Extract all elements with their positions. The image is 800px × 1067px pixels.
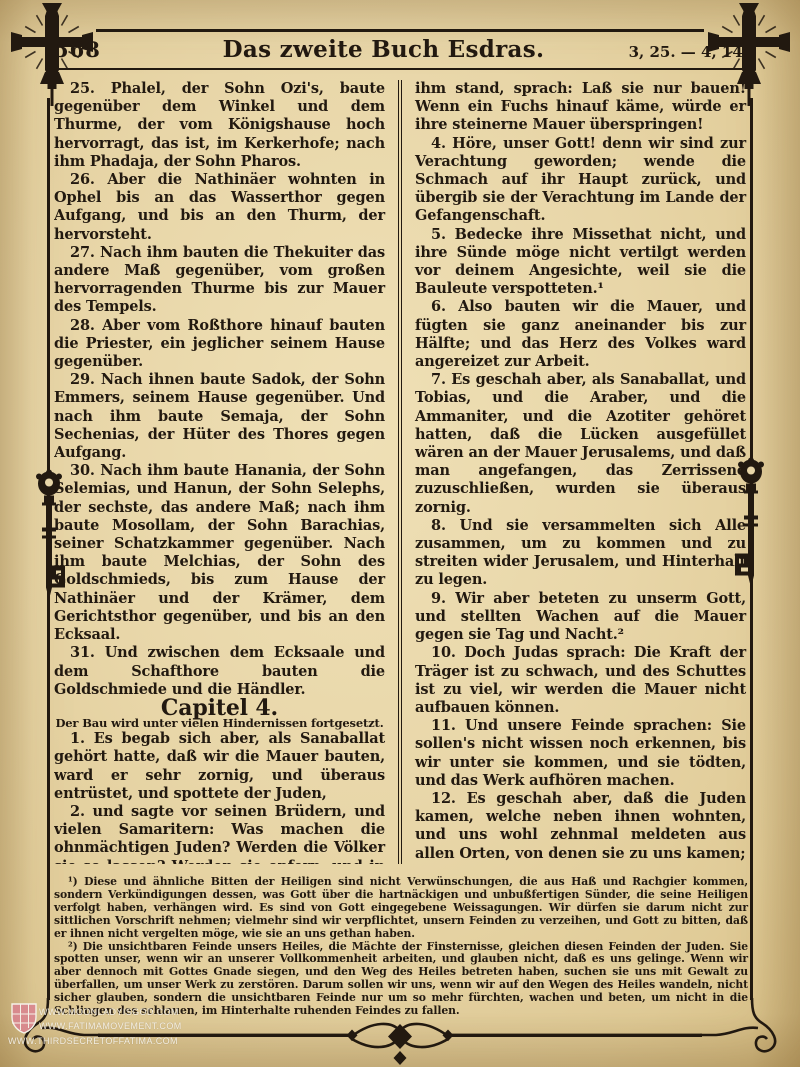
chapter-summary: Der Bau wird unter vielen Hindernissen f…	[54, 717, 385, 730]
verse-29: 29. Nach ihnen baute Sadok, der Sohn Emm…	[54, 371, 385, 462]
verse-4-13: 13. da stellte ich an einem Orte hinter …	[415, 863, 746, 864]
verse-4-8: 8. Und sie versammelten sich Alle zusamm…	[415, 517, 746, 590]
book-title: Das zweite Buch Esdras.	[149, 36, 618, 63]
verse-27: 27. Nach ihm bauten die Thekuiter das an…	[54, 244, 385, 317]
verse-4-6: 6. Also bauten wir die Mauer, und fügten…	[415, 298, 746, 371]
page-number: 568	[54, 37, 149, 62]
verse-4-9: 9. Wir aber beteten zu unserm Gott, und …	[415, 590, 746, 645]
verse-4-10: 10. Doch Judas sprach: Die Kraft der Trä…	[415, 644, 746, 717]
verse-range-label: 3, 25. — 4, 14.	[618, 43, 748, 61]
verse-4-2: 2. und sagte vor seinen Brüdern, und vie…	[54, 803, 385, 864]
verse-25: 25. Phalel, der Sohn Ozi's, baute gegenü…	[54, 80, 385, 171]
frame-top-rule	[96, 29, 704, 32]
watermark-line: WWW.FATIMAMOVEMENT.COM	[39, 1021, 182, 1031]
right-column: ihm stand, sprach: Laß sie nur bauen! We…	[415, 80, 746, 864]
footnote-1: ¹) Diese und ähnliche Bitten der Heilige…	[54, 876, 748, 941]
verse-4-7: 7. Es geschah aber, als Sanaballat, und …	[415, 371, 746, 517]
verse-28: 28. Aber vom Roßthore hinauf bauten die …	[54, 317, 385, 372]
header-rule	[54, 68, 748, 70]
watermark-block: WWW.MOONLADYISGOD.COM WWW.FATIMAMOVEMENT…	[8, 1002, 288, 1064]
verse-31: 31. Und zwischen dem Ecksaale und dem Sc…	[54, 644, 385, 699]
verse-4-11: 11. Und unsere Feinde sprachen: Sie soll…	[415, 717, 746, 790]
verse-26: 26. Aber die Nathinäer wohnten in Ophel …	[54, 171, 385, 244]
chapter-heading: Capitel 4.	[54, 699, 385, 717]
page-content: 568 Das zweite Buch Esdras. 3, 25. — 4, …	[54, 36, 748, 1018]
watermark-line: WWW.MOONLADYISGOD.COM	[39, 1007, 179, 1017]
running-header: 568 Das zweite Buch Esdras. 3, 25. — 4, …	[54, 36, 748, 63]
scanned-book-page: 568 Das zweite Buch Esdras. 3, 25. — 4, …	[0, 0, 800, 1067]
verse-4-12: 12. Es geschah aber, daß die Juden kamen…	[415, 790, 746, 863]
watermark-line: WWW.THIRDSECRETOFFATIMA.COM	[8, 1036, 178, 1046]
column-divider	[398, 80, 402, 864]
verse-4-4: 4. Höre, unser Gott! denn wir sind zur V…	[415, 135, 746, 226]
shield-crest-icon	[10, 1002, 38, 1035]
verse-30: 30. Nach ihm baute Hanania, der Sohn Sel…	[54, 462, 385, 644]
left-column: 25. Phalel, der Sohn Ozi's, baute gegenü…	[54, 80, 385, 864]
verse-4-3-continuation: ihm stand, sprach: Laß sie nur bauen! We…	[415, 80, 746, 135]
footnotes: ¹) Diese und ähnliche Bitten der Heilige…	[54, 876, 748, 1018]
verse-4-5: 5. Bedecke ihre Missethat nicht, und ihr…	[415, 226, 746, 299]
verse-4-1: 1. Es begab sich aber, als Sanaballat ge…	[54, 730, 385, 803]
text-columns: 25. Phalel, der Sohn Ozi's, baute gegenü…	[54, 80, 748, 864]
